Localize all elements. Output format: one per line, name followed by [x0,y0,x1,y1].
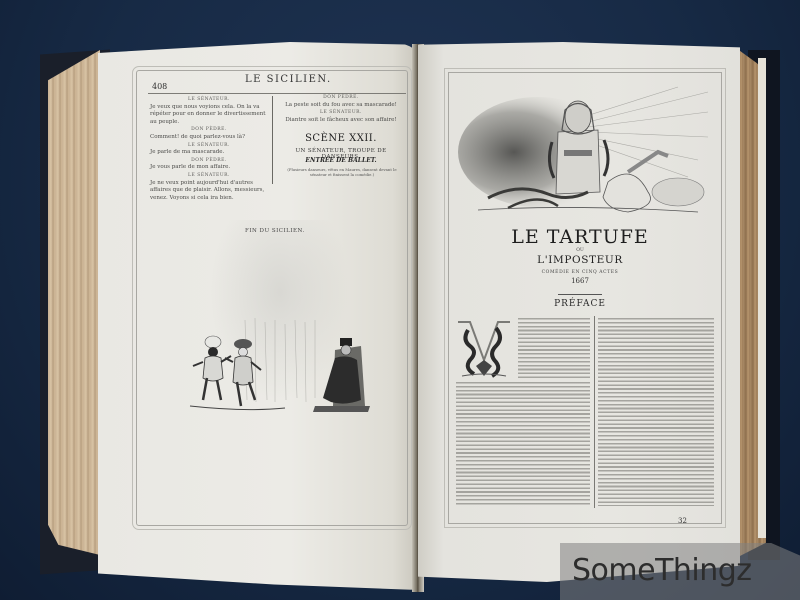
dialogue-column-b: DON PÈDRE. La peste soit du fou avec sa … [278,94,404,124]
running-title: LE SICILIEN. [245,74,332,85]
dialogue-line: Je parle de ma mascarade. [150,149,224,155]
speaker: LE SÉNATEUR. [278,109,404,117]
dialogue-column-a: LE SÉNATEUR. Je veux que nous voyions ce… [150,96,268,202]
moliere-monument-engraving [458,82,712,222]
dialogue-line: Comment! de quoi parlez-vous là? [150,134,245,140]
right-page-number: 32 [678,517,687,525]
speaker: LE SÉNATEUR. [150,142,268,150]
watermark-logo: SomeThingz [572,553,752,588]
book-photograph: 408 LE SICILIEN. LE SÉNATEUR. Je veux qu… [0,0,800,600]
dialogue-line: ira bien. [210,195,233,201]
scene-entry: ENTRÉE DE BALLET. [278,157,404,164]
preface-text-column-top [518,318,590,380]
speaker: DON PÈDRE. [150,157,268,165]
play-title-conjunction: OU [480,248,680,253]
dialogue-line: Diantre soit le fâcheux avec son affaire… [278,117,404,125]
preface-text-column-left [456,382,590,506]
dialogue-line: La peste soit du fou avec sa mascarade! [278,102,404,110]
speaker: DON PÈDRE. [150,126,268,134]
column-divider [272,96,273,184]
ornamental-dropcap-v [452,316,516,380]
play-subtitle: L'IMPOSTEUR [480,254,680,266]
preface-heading: PRÉFACE [480,299,680,309]
end-of-play-note: FIN DU SICILIEN. [245,228,305,234]
scene-title: SCÈNE XXII. [278,133,404,144]
preface-text-column-right [598,318,714,506]
speaker: LE SÉNATEUR. [150,96,268,104]
play-title: LE TARTUFE [480,226,680,248]
speaker: LE SÉNATEUR. [150,172,268,180]
play-year: 1667 [480,277,680,285]
page-edges-left [48,50,100,555]
speaker: DON PÈDRE. [278,94,404,102]
title-rule [558,294,602,295]
column-divider [594,316,595,508]
dancers-engraving [185,310,385,420]
play-genre: COMÉDIE EN CINQ ACTES [480,270,680,275]
left-page-number: 408 [152,82,167,91]
page-edge-highlight [758,58,766,538]
stage-direction: (Plusieurs danseurs, vêtus en Maures, da… [280,167,404,177]
dialogue-line: Je vous parle de mon affaire. [150,164,230,170]
